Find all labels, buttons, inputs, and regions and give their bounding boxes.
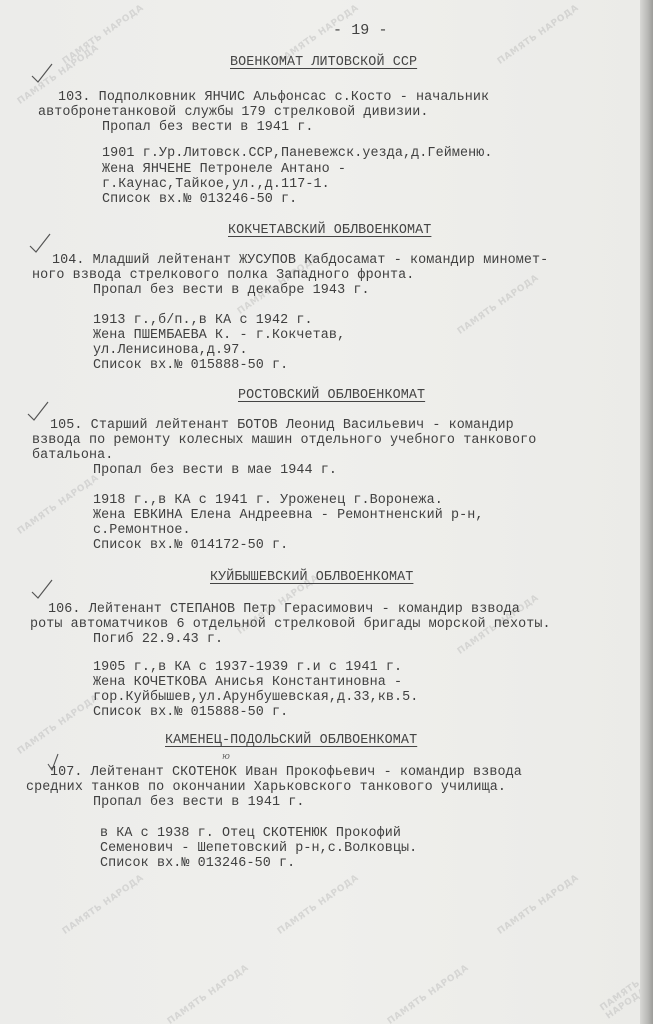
entry-status: Пропал без вести в декабре 1943 г. [93,283,370,298]
page-number: - 19 - [333,23,388,38]
section-heading: ВОЕНКОМАТ ЛИТОВСКОЙ ССР [230,55,417,70]
entry-line: ного взвода стрелкового полка Западного … [32,268,414,283]
entry-line: средних танков по окончании Харьковского… [26,780,506,795]
pencil-mark: ю [222,752,230,762]
watermark: ПАМЯТЬ НАРОДА [61,873,146,937]
entry-detail: Список вх.№ 014172-50 г. [93,538,288,553]
entry-line: 105. Старший лейтенант БОТОВ Леонид Васи… [50,418,514,433]
entry-detail: ул.Ленисинова,д.97. [93,343,248,358]
entry-detail: 1905 г.,в КА с 1937-1939 г.и с 1941 г. [93,660,402,675]
entry-detail: Список вх.№ 013246-50 г. [100,856,295,871]
watermark: ПАМЯТЬ НАРОДА [386,963,471,1024]
entry-line: 107. Лейтенант СКОТЕНОК Иван Прокофьевич… [50,765,522,780]
entry-status: Погиб 22.9.43 г. [93,632,223,647]
entry-detail: Жена КОЧЕТКОВА Анисья Константиновна - [93,675,402,690]
entry-detail: гор.Куйбышев,ул.Арунбушевская,д.33,кв.5. [93,690,418,705]
entry-detail: с.Ремонтное. [93,523,191,538]
entry-detail: Список вх.№ 013246-50 г. [102,192,297,207]
entry-line: роты автоматчиков 6 отдельной стрелковой… [30,617,551,632]
checkmark-icon [30,578,54,600]
entry-detail: 1901 г.Ур.Литовск.ССР,Паневежск.уезда,д.… [102,146,493,161]
checkmark-icon [26,400,50,422]
entry-detail: 1918 г.,в КА с 1941 г. Уроженец г.Вороне… [93,493,443,508]
entry-detail: Жена ЕВКИНА Елена Андреевна - Ремонтненс… [93,508,484,523]
page-edge [640,0,653,1024]
entry-status: Пропал без вести в 1941 г. [93,795,305,810]
entry-detail: г.Каунас,Тайкое,ул.,д.117-1. [102,177,330,192]
watermark: ПАМЯТЬ НАРОДА [496,873,581,937]
entry-line: батальона. [32,448,113,463]
entry-detail: в КА с 1938 г. Отец СКОТЕНЮК Прокофий [100,826,401,841]
entry-detail: Список вх.№ 015888-50 г. [93,705,288,720]
checkmark-icon [30,62,54,84]
watermark: ПАМЯТЬ НАРОДА [16,693,101,757]
entry-line: автобронетанковой службы 179 стрелковой … [38,105,429,120]
entry-detail: Семенович - Шепетовский р-н,с.Волковцы. [100,841,417,856]
entry-line: взвода по ремонту колесных машин отдельн… [32,433,536,448]
watermark: ПАМЯТЬ НАРОДА [456,273,541,337]
entry-detail: Список вх.№ 015888-50 г. [93,358,288,373]
entry-line: 104. Младший лейтенант ЖУСУПОВ Кабдосама… [52,253,548,268]
document-page: ПАМЯТЬ НАРОДА ПАМЯТЬ НАРОДА ПАМЯТЬ НАРОД… [0,0,640,1024]
section-heading: КУЙБЫШЕВСКИЙ ОБЛВОЕНКОМАТ [210,570,413,585]
section-heading: КАМЕНЕЦ-ПОДОЛЬСКИЙ ОБЛВОЕНКОМАТ [165,733,417,748]
entry-status: Пропал без вести в мае 1944 г. [93,463,337,478]
section-heading: КОКЧЕТАВСКИЙ ОБЛВОЕНКОМАТ [228,223,431,238]
watermark: ПАМЯТЬ НАРОДА [276,873,361,937]
entry-line: 106. Лейтенант СТЕПАНОВ Петр Герасимович… [48,602,520,617]
entry-status: Пропал без вести в 1941 г. [102,120,314,135]
checkmark-icon [28,232,52,254]
watermark: ПАМЯТЬ НАРОДА [496,3,581,67]
entry-line: 103. Подполковник ЯНЧИС Альфонсас с.Кост… [58,90,489,105]
entry-detail: Жена ПШЕМБАЕВА К. - г.Кокчетав, [93,328,345,343]
entry-detail: 1913 г.,б/п.,в КА с 1942 г. [93,313,313,328]
watermark: ПАМЯТЬ НАРОДА [166,963,251,1024]
entry-detail: Жена ЯНЧЕНЕ Петронеле Антано - [102,162,346,177]
watermark: ПАМЯТЬ НАРОДА [16,473,101,537]
section-heading: РОСТОВСКИЙ ОБЛВОЕНКОМАТ [238,388,425,403]
